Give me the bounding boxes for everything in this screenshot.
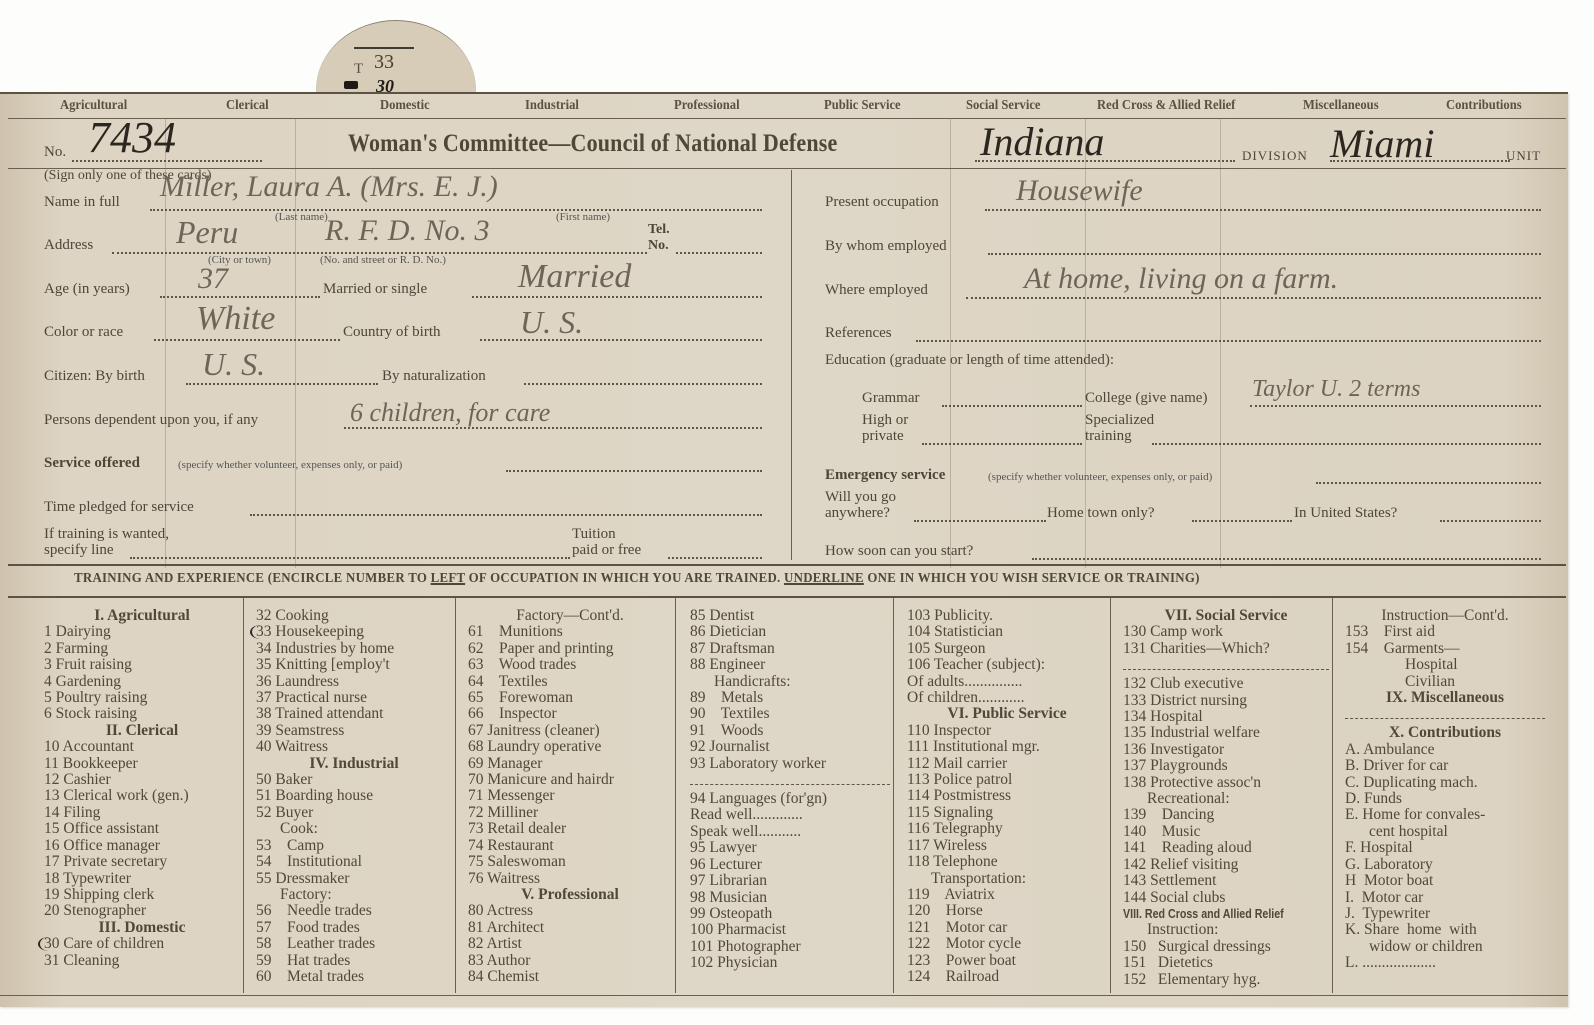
occupation-item: 39 Seamstress <box>256 723 452 739</box>
occupation-item: L. ................... <box>1345 955 1545 971</box>
tel-no-label: No. <box>648 238 669 254</box>
occupation-item: 55 Dressmaker <box>256 871 452 887</box>
card-title: Woman's Committee—Council of National De… <box>348 130 837 158</box>
category-miscellaneous: Miscellaneous <box>1303 98 1379 114</box>
occupation-item: 36 Laundress <box>256 674 452 690</box>
section-heading: III. Domestic <box>44 920 240 936</box>
occupation-item: 130 Camp work <box>1123 624 1329 640</box>
occupation-item: 74 Restaurant <box>468 838 672 854</box>
country-label: Country of birth <box>343 324 441 341</box>
occupation-item: Hospital <box>1345 657 1545 673</box>
section-heading: I. Agricultural <box>44 608 240 624</box>
occupation-item: 12 Cashier <box>44 772 240 788</box>
name-line <box>150 209 762 211</box>
occupation-item: I. Motor car <box>1345 890 1545 906</box>
occupation-item: 116 Telegraphy <box>907 821 1107 837</box>
occupation-item: J. Typewriter <box>1345 906 1545 922</box>
occupation-item: 53 Camp <box>256 838 452 854</box>
occupation-item: 93 Laboratory worker <box>690 756 890 772</box>
occupation-item: 50 Baker <box>256 772 452 788</box>
grammar-line[interactable] <box>942 405 1082 407</box>
occupation-item: 69 Manager <box>468 756 672 772</box>
occupation-item: 143 Settlement <box>1123 873 1329 889</box>
column-divider <box>675 598 676 993</box>
unit-label: UNIT <box>1506 148 1541 164</box>
occupation-item: 83 Author <box>468 953 672 969</box>
emergency-label: Emergency service <box>825 467 945 484</box>
private-label: private <box>862 428 904 445</box>
occupation-item: 16 Office manager <box>44 838 240 854</box>
section-heading: VI. Public Service <box>907 706 1107 722</box>
occupation-item: 106 Teacher (subject): <box>907 657 1107 673</box>
occupation-item: 90 Textiles <box>690 706 890 722</box>
married-label: Married or single <box>323 281 427 298</box>
citizen-value[interactable]: U. S. <box>202 346 265 383</box>
occupation-item: 92 Journalist <box>690 739 890 755</box>
occupation-item: 35 Knitting [employ't <box>256 657 452 673</box>
occupation-value[interactable]: Housewife <box>1016 174 1143 208</box>
tuition-paid-label: paid or free <box>572 542 641 559</box>
divider <box>8 118 1566 119</box>
write-in-line[interactable] <box>1123 661 1329 670</box>
occupation-item: 89 Metals <box>690 690 890 706</box>
occupation-item: 65 Forewoman <box>468 690 672 706</box>
occupation-column-4: 85 Dentist86 Dietician87 Draftsman88 Eng… <box>690 608 890 972</box>
occupation-item: 99 Osteopath <box>690 906 890 922</box>
index-tab: T 33 30 <box>316 20 476 101</box>
category-professional: Professional <box>674 98 740 114</box>
state-line <box>975 160 1235 162</box>
training-line[interactable] <box>130 557 570 559</box>
occupation-item: 122 Motor cycle <box>907 936 1107 952</box>
occupation-item: A. Ambulance <box>1345 742 1545 758</box>
occupation-item: 58 Leather trades <box>256 936 452 952</box>
occupation-item: 19 Shipping clerk <box>44 887 240 903</box>
occupation-column-3: Factory—Cont'd.61 Munitions62 Paper and … <box>468 608 672 985</box>
occupation-item: 66 Inspector <box>468 706 672 722</box>
occupation-item: 14 Filing <box>44 805 240 821</box>
occupation-item: 118 Telephone <box>907 854 1107 870</box>
age-label: Age (in years) <box>44 281 130 298</box>
address-label: Address <box>44 237 93 254</box>
occupation-item: 112 Mail carrier <box>907 756 1107 772</box>
occupation-item: 120 Horse <box>907 903 1107 919</box>
occupation-item: 94 Languages (for'gn) <box>690 791 890 807</box>
occupation-item: 6 Stock raising <box>44 706 240 722</box>
banner-text: ONE IN WHICH YOU WISH SERVICE OR TRAININ… <box>864 571 1200 586</box>
married-value[interactable]: Married <box>518 258 631 296</box>
college-value[interactable]: Taylor U. 2 terms <box>1252 376 1420 403</box>
occupation-item: 85 Dentist <box>690 608 890 624</box>
occupation-item: F. Hospital <box>1345 840 1545 856</box>
tuition-line[interactable] <box>668 557 762 559</box>
race-label: Color or race <box>44 324 123 341</box>
occupation-item: 150 Surgical dressings <box>1123 939 1329 955</box>
occupation-item: Speak well........... <box>690 824 890 840</box>
occupation-item: 3 Fruit raising <box>44 657 240 673</box>
last-name-hint: (Last name) <box>275 211 328 223</box>
occupation-item: 51 Boarding house <box>256 788 452 804</box>
occupation-item: 2 Farming <box>44 641 240 657</box>
occupation-item: 134 Hospital <box>1123 709 1329 725</box>
occupation-item: 10 Accountant <box>44 739 240 755</box>
occupation-item: Recreational: <box>1123 791 1329 807</box>
occupation-item: 96 Lecturer <box>690 857 890 873</box>
occupation-item: 139 Dancing <box>1123 807 1329 823</box>
college-label: College (give name) <box>1085 390 1207 407</box>
street-value[interactable]: R. F. D. No. 3 <box>325 214 489 248</box>
occupation-item: 13 Clerical work (gen.) <box>44 788 240 804</box>
training-label: If training is wanted, <box>44 526 169 543</box>
occupation-item: 102 Physician <box>690 955 890 971</box>
city-value[interactable]: Peru <box>176 214 238 251</box>
occupation-item: 32 Cooking <box>256 608 452 624</box>
occupation-item: 54 Institutional <box>256 854 452 870</box>
occupation-item: 105 Surgeon <box>907 641 1107 657</box>
occupation-item: 38 Trained attendant <box>256 706 452 722</box>
street-hint: (No. and street or R. D. No.) <box>320 254 446 266</box>
occupation-column-7: Instruction—Cont'd.153 First aid154 Garm… <box>1345 608 1545 972</box>
occupation-item: Cook: <box>256 821 452 837</box>
occupation-item: 101 Photographer <box>690 939 890 955</box>
banner-left: LEFT <box>431 571 466 586</box>
occupation-item: 87 Draftsman <box>690 641 890 657</box>
go-label: Will you go <box>825 489 896 506</box>
occupation-item: 121 Motor car <box>907 920 1107 936</box>
occupation-item: 97 Librarian <box>690 873 890 889</box>
service-line[interactable] <box>506 470 762 472</box>
section-heading: VII. Social Service <box>1123 608 1329 624</box>
occupation-item: 70 Manicure and hairdr <box>468 772 672 788</box>
us-line[interactable] <box>1440 520 1541 522</box>
occupation-item: 11 Bookkeeper <box>44 756 240 772</box>
naturalization-label: By naturalization <box>382 368 486 385</box>
occupation-item: Transportation: <box>907 871 1107 887</box>
occupation-item: 140 Music <box>1123 824 1329 840</box>
race-line <box>154 339 340 341</box>
occupation-item: 18 Typewriter <box>44 871 240 887</box>
occupation-item-circled: 33 Housekeeping <box>256 624 452 640</box>
naturalization-line[interactable] <box>524 383 762 385</box>
occupation-item: E. Home for convales- <box>1345 807 1545 823</box>
occupation-item: 88 Engineer <box>690 657 890 673</box>
occupation-item: 114 Postmistress <box>907 788 1107 804</box>
banner-text: OF OCCUPATION IN WHICH YOU ARE TRAINED. <box>465 571 784 586</box>
tab-rule <box>354 47 414 49</box>
occupation-item: 151 Dietetics <box>1123 955 1329 971</box>
occupation-line <box>985 209 1541 211</box>
occupation-item: Instruction: <box>1123 922 1329 938</box>
banner-underline: UNDERLINE <box>784 571 864 586</box>
tel-line[interactable] <box>676 252 762 254</box>
category-industrial: Industrial <box>525 98 579 114</box>
where-employed-label: Where employed <box>825 282 928 299</box>
category-domestic: Domestic <box>380 98 430 114</box>
occupation-item: 76 Waitress <box>468 871 672 887</box>
occupation-item: 95 Lawyer <box>690 840 890 856</box>
write-in-line[interactable] <box>1345 710 1545 719</box>
occupation-item: 20 Stenographer <box>44 903 240 919</box>
section-heading: X. Contributions <box>1345 725 1545 741</box>
age-line <box>160 296 320 298</box>
occupation-item: 110 Inspector <box>907 723 1107 739</box>
occupation-item: 31 Cleaning <box>44 953 240 969</box>
occupation-item: 61 Munitions <box>468 624 672 640</box>
category-clerical: Clerical <box>226 98 269 114</box>
references-line[interactable] <box>916 340 1541 342</box>
fold-line <box>1220 118 1221 568</box>
tuition-label: Tuition <box>572 526 616 543</box>
center-divider <box>791 170 792 560</box>
occupation-item: Of adults............... <box>907 674 1107 690</box>
section-heading: V. Professional <box>468 887 672 903</box>
tab-top-number: 33 <box>374 51 394 74</box>
occupation-item: 57 Food trades <box>256 920 452 936</box>
occupation-item: 84 Chemist <box>468 969 672 985</box>
occupation-item: Of children............ <box>907 690 1107 706</box>
section-heading: IX. Miscellaneous <box>1345 690 1545 706</box>
occupation-item: widow or children <box>1345 939 1545 955</box>
occupation-item: Read well............. <box>690 807 890 823</box>
tab-prefix: T <box>354 61 363 78</box>
occupation-item: 141 Reading aloud <box>1123 840 1329 856</box>
education-label: Education (graduate or length of time at… <box>825 352 1114 369</box>
race-value[interactable]: White <box>196 300 275 338</box>
high-school-line[interactable] <box>922 443 1082 445</box>
occupation-item: H Motor boat <box>1345 873 1545 889</box>
column-divider <box>893 598 894 993</box>
occupation-item: 37 Practical nurse <box>256 690 452 706</box>
occupation-item: 80 Actress <box>468 903 672 919</box>
section-heading: VIII. Red Cross and Allied Relief <box>1123 906 1292 922</box>
anywhere-label: anywhere? <box>825 505 890 522</box>
occupation-item: 103 Publicity. <box>907 608 1107 624</box>
time-line[interactable] <box>250 514 762 516</box>
occupation-item: 137 Playgrounds <box>1123 758 1329 774</box>
occupation-item: 138 Protective assoc'n <box>1123 775 1329 791</box>
occupation-item: Handicrafts: <box>690 674 890 690</box>
where-employed-value[interactable]: At home, living on a farm. <box>1024 262 1338 296</box>
fold-line <box>950 118 951 568</box>
occupation-item: C. Duplicating mach. <box>1345 775 1545 791</box>
name-label: Name in full <box>44 194 120 211</box>
occupation-item: G. Laboratory <box>1345 857 1545 873</box>
dependents-value[interactable]: 6 children, for care <box>350 398 550 428</box>
emergency-hint: (specify whether volunteer, expenses onl… <box>988 471 1212 483</box>
banner-text: TRAINING AND EXPERIENCE (ENCIRCLE NUMBER… <box>74 571 431 586</box>
occupation-item: 117 Wireless <box>907 838 1107 854</box>
occupation-item: 63 Wood trades <box>468 657 672 673</box>
occupation-item: 104 Statistician <box>907 624 1107 640</box>
occupation-column-2: 32 Cooking33 Housekeeping34 Industries b… <box>256 608 452 985</box>
service-label: Service offered <box>44 455 140 472</box>
occupation-item: 72 Milliner <box>468 805 672 821</box>
occupation-item: 52 Buyer <box>256 805 452 821</box>
occupation-item: 56 Needle trades <box>256 903 452 919</box>
emergency-line[interactable] <box>1316 482 1541 484</box>
occupation-item: 153 First aid <box>1345 624 1545 640</box>
training-banner: TRAINING AND EXPERIENCE (ENCIRCLE NUMBER… <box>74 571 1200 587</box>
occupation-item: 98 Musician <box>690 890 890 906</box>
occupation-item: cent hospital <box>1345 824 1545 840</box>
number-label: No. <box>44 144 66 161</box>
column-divider <box>243 598 244 993</box>
occupation-column-5: 103 Publicity.104 Statistician105 Surgeo… <box>907 608 1107 985</box>
occupation-item: 142 Relief visiting <box>1123 857 1329 873</box>
card-number: 7434 <box>88 112 176 163</box>
occupation-column-6: VII. Social Service130 Camp work131 Char… <box>1123 608 1329 988</box>
occupation-item: 133 District nursing <box>1123 693 1329 709</box>
specialized-line[interactable] <box>1152 443 1541 445</box>
occupation-column-1: I. Agricultural1 Dairying2 Farming3 Frui… <box>44 608 240 969</box>
occupation-item: Civilian <box>1345 674 1545 690</box>
occupation-item: 123 Power boat <box>907 953 1107 969</box>
occupation-item: 135 Industrial welfare <box>1123 725 1329 741</box>
occupation-item: 62 Paper and printing <box>468 641 672 657</box>
occupation-item: 71 Messenger <box>468 788 672 804</box>
tel-label: Tel. <box>648 222 670 238</box>
divider <box>8 168 1566 169</box>
time-label: Time pledged for service <box>44 499 194 516</box>
column-divider <box>1332 598 1333 993</box>
occupation-item: 100 Pharmacist <box>690 922 890 938</box>
column-divider <box>455 598 456 993</box>
occupation-item: 73 Retail dealer <box>468 821 672 837</box>
occupation-item: 119 Aviatrix <box>907 887 1107 903</box>
occupation-item: 5 Poultry raising <box>44 690 240 706</box>
occupation-item: 75 Saleswoman <box>468 854 672 870</box>
occupation-item: 4 Gardening <box>44 674 240 690</box>
occupation-item: 115 Signaling <box>907 805 1107 821</box>
start-line[interactable] <box>1032 558 1541 560</box>
occupation-item: 34 Industries by home <box>256 641 452 657</box>
occupation-item: 144 Social clubs <box>1123 890 1329 906</box>
service-hint: (specify whether volunteer, expenses onl… <box>178 459 402 471</box>
occupation-item: 91 Woods <box>690 723 890 739</box>
start-label: How soon can you start? <box>825 543 973 560</box>
category-public-service: Public Service <box>824 98 901 114</box>
training-line-label: specify line <box>44 542 114 559</box>
country-value[interactable]: U. S. <box>520 304 583 341</box>
occupation-item: B. Driver for car <box>1345 758 1545 774</box>
occupation-item-circled: 30 Care of children <box>44 936 240 952</box>
divider <box>8 564 1566 566</box>
occupation-item: 81 Architect <box>468 920 672 936</box>
grammar-label: Grammar <box>862 390 919 407</box>
occupation-item: 67 Janitress (cleaner) <box>468 723 672 739</box>
category-contributions: Contributions <box>1446 98 1522 114</box>
occupation-item: 131 Charities—Which? <box>1123 641 1329 657</box>
state-value: Indiana <box>980 118 1104 165</box>
occupation-item: 124 Railroad <box>907 969 1107 985</box>
section-heading: IV. Industrial <box>256 756 452 772</box>
occupation-item: 136 Investigator <box>1123 742 1329 758</box>
hometown-line[interactable] <box>1192 520 1292 522</box>
occupation-item: 154 Garments— <box>1345 641 1545 657</box>
employer-line[interactable] <box>988 253 1541 255</box>
married-line <box>472 296 762 298</box>
ink-blot-icon <box>344 81 358 89</box>
column-divider <box>1110 598 1111 993</box>
occupation-item: K. Share home with <box>1345 922 1545 938</box>
occupation-item: 68 Laundry operative <box>468 739 672 755</box>
anywhere-line[interactable] <box>914 520 1046 522</box>
division-label: DIVISION <box>1242 148 1308 164</box>
unit-line <box>1330 160 1510 162</box>
section-heading: Factory—Cont'd. <box>468 608 672 624</box>
card-bottom-edge <box>0 995 1568 996</box>
hometown-label: Home town only? <box>1047 505 1154 522</box>
occupation-item: Factory: <box>256 887 452 903</box>
dependents-label: Persons dependent upon you, if any <box>44 412 258 429</box>
occupation-item: 82 Artist <box>468 936 672 952</box>
category-red-cross: Red Cross & Allied Relief <box>1097 98 1235 114</box>
where-employed-line <box>966 297 1541 299</box>
occupation-item: 64 Textiles <box>468 674 672 690</box>
specialized-label: Specialized <box>1085 412 1154 429</box>
occupation-item: 113 Police patrol <box>907 772 1107 788</box>
age-value[interactable]: 37 <box>198 262 228 296</box>
name-value[interactable]: Miller, Laura A. (Mrs. E. J.) <box>160 170 498 204</box>
write-in-line[interactable] <box>690 776 890 785</box>
occupation-item: 59 Hat trades <box>256 953 452 969</box>
specialized-training-label: training <box>1085 428 1132 445</box>
references-label: References <box>825 325 892 342</box>
occupation-item: 132 Club executive <box>1123 676 1329 692</box>
citizen-label: Citizen: By birth <box>44 368 145 385</box>
section-heading: II. Clerical <box>44 723 240 739</box>
occupation-item: 40 Waitress <box>256 739 452 755</box>
occupation-item: D. Funds <box>1345 791 1545 807</box>
occupation-item: 152 Elementary hyg. <box>1123 972 1329 988</box>
high-school-label: High or <box>862 412 908 429</box>
occupation-item: 15 Office assistant <box>44 821 240 837</box>
occupation-item: 17 Private secretary <box>44 854 240 870</box>
occupation-item: 86 Dietician <box>690 624 890 640</box>
us-label: In United States? <box>1294 505 1397 522</box>
category-social-service: Social Service <box>966 98 1041 114</box>
first-name-hint: (First name) <box>556 211 610 223</box>
section-heading: Instruction—Cont'd. <box>1345 608 1545 624</box>
occupation-item: 60 Metal trades <box>256 969 452 985</box>
divider <box>0 92 1568 94</box>
citizen-line <box>186 383 378 385</box>
occupation-label: Present occupation <box>825 194 939 211</box>
college-line <box>1250 405 1541 407</box>
occupation-item: 1 Dairying <box>44 624 240 640</box>
employer-label: By whom employed <box>825 238 947 255</box>
occupation-item: 111 Institutional mgr. <box>907 739 1107 755</box>
